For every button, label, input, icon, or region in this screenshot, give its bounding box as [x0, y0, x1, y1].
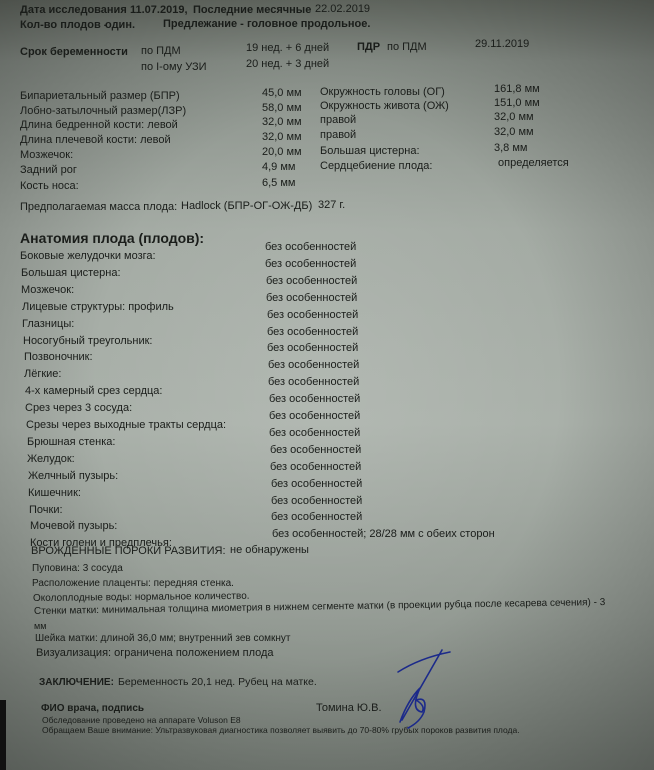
anatomy-value: без особенностей [271, 478, 362, 491]
defects-value: не обнаружены [230, 544, 309, 557]
last-menses-label: Последние месячные [193, 4, 311, 17]
anatomy-value: без особенностей [269, 427, 360, 440]
defects-label: ВРОЖДЕННЫЕ ПОРОКИ РАЗВИТИЯ: [31, 545, 226, 558]
doctor-name: Томина Ю.В. [316, 702, 382, 715]
anatomy-value: без особенностей [269, 410, 360, 423]
anatomy-label: Боковые желудочки мозга: [20, 250, 156, 263]
anatomy-title: Анатомия плода (плодов): [20, 230, 204, 246]
page-edge-shadow [0, 700, 6, 770]
anatomy-value: без особенностей [271, 511, 362, 524]
anatomy-value: без особенностей [265, 241, 356, 254]
due-date-method: по ПДМ [387, 41, 427, 54]
signature-icon [380, 640, 500, 740]
fetal-weight-label: Предполагаемая масса плода: [20, 201, 177, 214]
biometry-label: Окружность живота (ОЖ) [320, 100, 449, 113]
biometry-value: 32,0 мм [262, 131, 302, 144]
anatomy-label: Глазницы: [22, 318, 74, 331]
anatomy-label: Мозжечок: [21, 284, 74, 297]
gestation-method-2: по I-ому УЗИ [141, 61, 207, 74]
anatomy-label: Лицевые структуры: профиль [22, 301, 174, 314]
biometry-value: 151,0 мм [494, 97, 540, 110]
biometry-label: Лобно-затылочный размер(ЛЗР) [20, 105, 186, 118]
anatomy-label: Мочевой пузырь: [30, 520, 117, 533]
anatomy-value: без особенностей [270, 461, 361, 474]
anatomy-label: Носогубный треугольник: [23, 335, 152, 348]
biometry-label: Длина бедренной кости: левой [20, 119, 178, 132]
fetal-weight-value: 327 г. [318, 199, 345, 212]
anatomy-label: 4-х камерный срез сердца: [25, 385, 162, 398]
anatomy-label: Срез через 3 сосуда: [25, 402, 132, 415]
biometry-value: 3,8 мм [494, 142, 527, 155]
fetal-weight-formula: Hadlock (БПР-ОГ-ОЖ-ДБ) [181, 200, 312, 213]
gestation-method-1: по ПДМ [141, 45, 181, 58]
biometry-label: Задний рог [20, 164, 77, 177]
biometry-value: 45,0 мм [262, 87, 302, 100]
anatomy-label: Почки: [29, 504, 63, 517]
due-date: 29.11.2019 [475, 38, 529, 51]
anatomy-label: Срезы через выходные тракты сердца: [26, 419, 226, 432]
biometry-value: 20,0 мм [262, 146, 302, 159]
biometry-value: 32,0 мм [262, 116, 302, 129]
biometry-value: 6,5 мм [262, 177, 295, 190]
exam-date-label: Дата исследования [20, 4, 127, 17]
anatomy-label: Позвоночник: [24, 351, 93, 364]
biometry-value: 32,0 мм [494, 111, 534, 124]
anatomy-value: без особенностей; 28/28 мм с обеих сторо… [272, 528, 495, 541]
biometry-label: Мозжечок: [20, 149, 73, 162]
cervix: Шейка матки: длиной 36,0 мм; внутренний … [35, 632, 291, 645]
anatomy-value: без особенностей [267, 309, 358, 322]
biometry-value: 32,0 мм [494, 126, 534, 139]
biometry-label: Длина плечевой кости: левой [20, 134, 171, 147]
biometry-label: Сердцебиение плода: [320, 160, 432, 173]
gestation-value-2: 20 нед. + 3 дней [246, 58, 329, 71]
presentation: головное продольное. [247, 18, 370, 31]
doctor-label: ФИО врача, подпись [41, 702, 144, 715]
anatomy-label: Желудок: [27, 453, 75, 466]
biometry-label: Кость носа: [20, 180, 79, 193]
anatomy-value: без особенностей [268, 376, 359, 389]
gestation-value-1: 19 нед. + 6 дней [246, 42, 329, 55]
anatomy-label: Кишечник: [28, 487, 81, 500]
biometry-value: определяется [498, 157, 569, 170]
anatomy-value: без особенностей [269, 393, 360, 406]
due-date-label: ПДР [357, 41, 380, 54]
umbilical-cord: Пуповина: 3 сосуда [32, 562, 123, 575]
conclusion-text: Беременность 20,1 нед. Рубец на матке. [118, 676, 317, 689]
anatomy-value: без особенностей [267, 342, 358, 355]
biometry-label: правой [320, 114, 356, 127]
anatomy-value: без особенностей [266, 275, 357, 288]
gestation-label: Срок беременности [20, 46, 128, 59]
fetus-count: один. [105, 19, 135, 32]
anatomy-value: без особенностей [267, 326, 358, 339]
presentation-label: Предлежание - [163, 18, 244, 31]
fetus-count-label: Кол-во плодов - [20, 19, 107, 32]
placenta-location: Расположение плаценты: передняя стенка. [32, 577, 234, 590]
anatomy-value: без особенностей [266, 292, 357, 305]
visualization: Визуализация: ограничена положением плод… [36, 647, 274, 660]
device-note: Обследование проведено на аппарате Volus… [42, 715, 241, 725]
anatomy-label: Брюшная стенка: [27, 436, 115, 449]
biometry-label: Бипариетальный размер (БПР) [20, 90, 180, 103]
biometry-value: 58,0 мм [262, 102, 302, 115]
anatomy-value: без особенностей [268, 359, 359, 372]
anatomy-label: Лёгкие: [24, 368, 61, 381]
biometry-value: 4,9 мм [262, 161, 295, 174]
exam-date: 11.07.2019, [130, 4, 188, 17]
conclusion-label: ЗАКЛЮЧЕНИЕ: [39, 676, 114, 689]
anatomy-value: без особенностей [270, 444, 361, 457]
anatomy-label: Желчный пузырь: [28, 470, 118, 483]
biometry-label: Окружность головы (ОГ) [320, 86, 445, 99]
biometry-label: Большая цистерна: [320, 145, 420, 158]
last-menses-date: 22.02.2019 [315, 3, 370, 16]
anatomy-label: Большая цистерна: [21, 267, 121, 280]
biometry-value: 161,8 мм [494, 83, 540, 96]
biometry-label: правой [320, 129, 356, 142]
anatomy-value: без особенностей [265, 258, 356, 271]
anatomy-value: без особенностей [271, 495, 362, 508]
